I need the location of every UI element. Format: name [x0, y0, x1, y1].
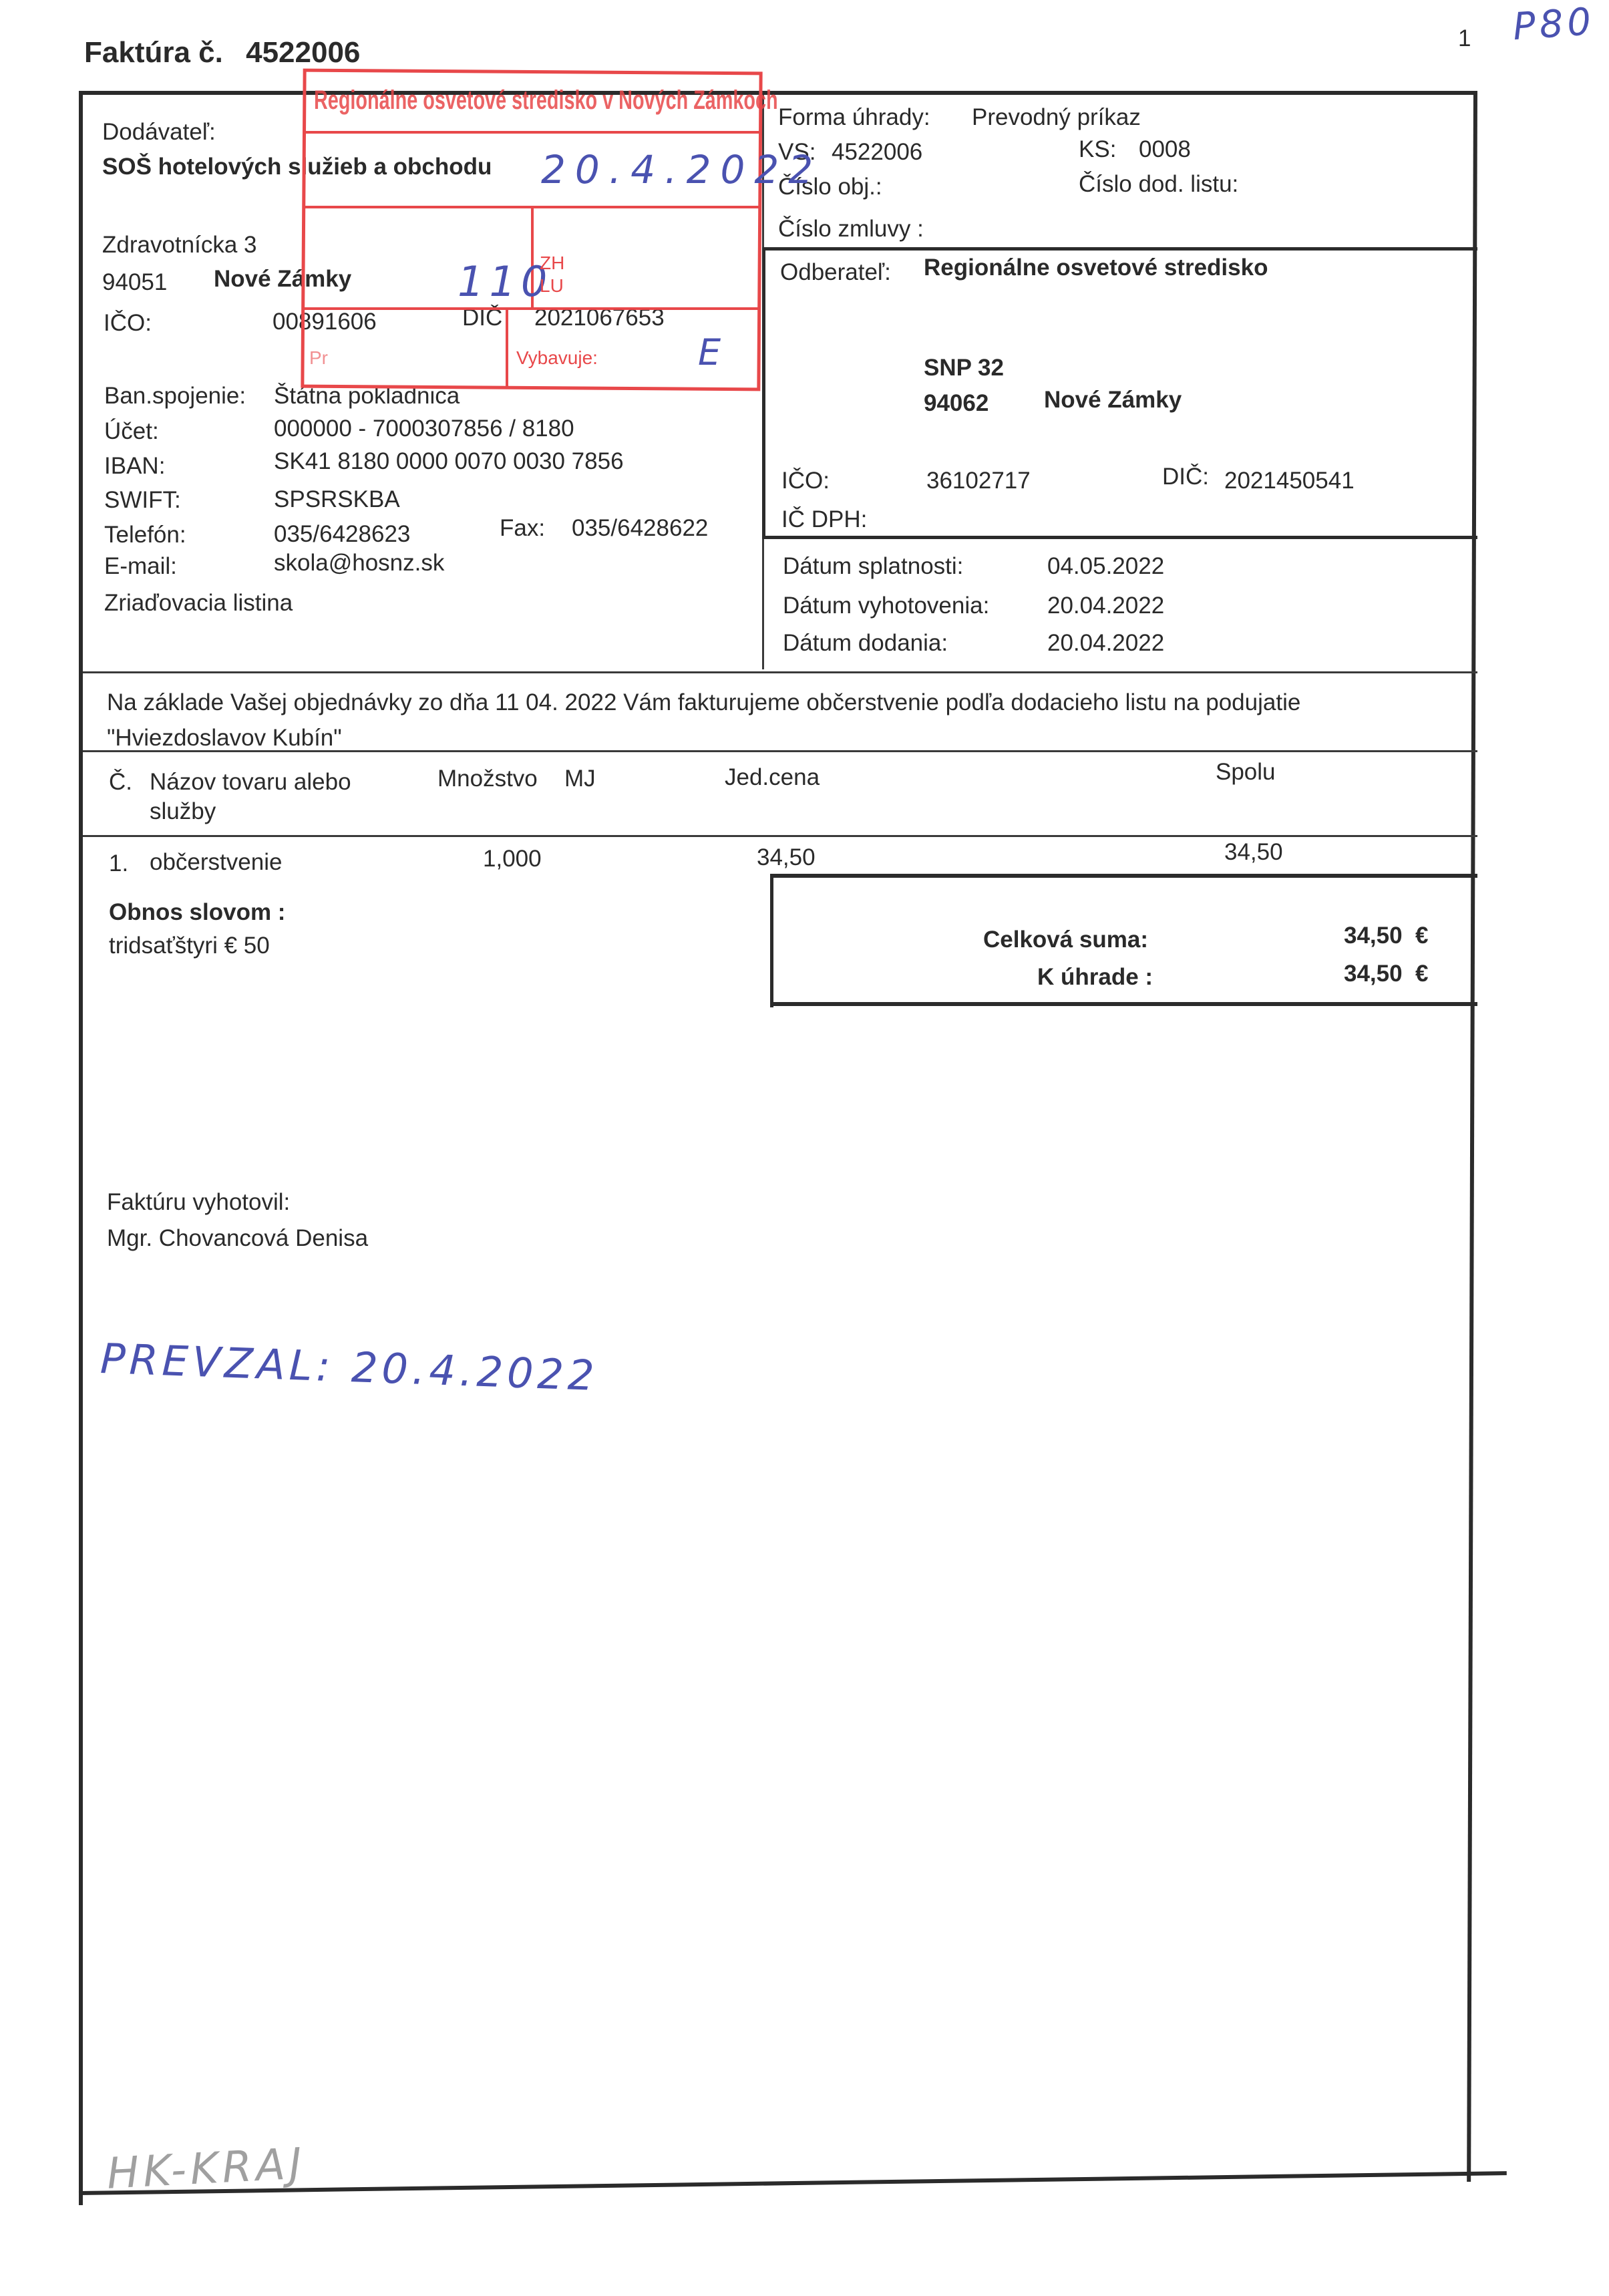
customer-city: Nové Zámky	[1044, 388, 1182, 412]
phone-label: Telefón:	[104, 523, 186, 546]
bank-label: Ban.spojenie:	[104, 384, 246, 407]
stamp-vertical-2	[506, 307, 508, 389]
stamp-handler-handwritten: E	[698, 331, 725, 373]
page-number: 1	[1458, 27, 1471, 50]
delivery-date-label: Dátum dodania:	[783, 631, 948, 655]
to-pay-label: K úhrade :	[1037, 965, 1153, 989]
email-value[interactable]: skola@hosnz.sk	[274, 551, 444, 575]
vs-value: 4522006	[832, 140, 922, 164]
row-unit-price: 34,50	[757, 846, 816, 869]
intro-text-line2: "Hviezdoslavov Kubín"	[107, 726, 342, 750]
row-no: 1.	[109, 852, 128, 875]
customer-name: Regionálne osvetové stredisko	[924, 256, 1268, 279]
supplier-ico-label: IČO:	[104, 311, 152, 335]
supplier-label: Dodávateľ:	[102, 120, 216, 144]
divider-table-rows	[83, 835, 1477, 837]
ks-value: 0008	[1139, 138, 1191, 161]
to-pay-value: 34,50 €	[1344, 962, 1429, 985]
stamp-prefix-label: Pr	[309, 347, 328, 369]
due-date-label: Dátum splatnosti:	[783, 554, 963, 578]
stamp-number-handwritten: 110	[458, 257, 552, 306]
ks-label: KS:	[1079, 138, 1116, 161]
supplier-postal-code: 94051	[102, 271, 167, 294]
stamp-date-handwritten: 20.4.2022	[541, 147, 822, 192]
stamp-code-line1: ZH	[540, 253, 564, 274]
customer-label: Odberateľ:	[780, 261, 891, 284]
col-header-unit-price: Jed.cena	[725, 766, 820, 789]
email-label: E-mail:	[104, 554, 177, 578]
customer-ico: 36102717	[926, 469, 1031, 492]
issued-by-label: Faktúru vyhotovil:	[107, 1190, 290, 1214]
col-header-total: Spolu	[1216, 760, 1276, 784]
swift-value: SPSRSKBA	[274, 488, 400, 511]
col-header-unit: MJ	[564, 767, 596, 790]
account-value: 000000 - 7000307856 / 8180	[274, 417, 574, 440]
fax-value: 035/6428622	[572, 516, 708, 540]
col-header-name: Názov tovaru alebo	[150, 770, 351, 794]
stamp-code-line2: LU	[540, 275, 564, 297]
totals-box-bottom	[770, 1002, 1477, 1006]
stamp-divider-1	[304, 131, 760, 134]
swift-label: SWIFT:	[104, 488, 181, 512]
frame-left	[79, 91, 83, 2205]
customer-ico-label: IČO:	[781, 469, 830, 492]
account-label: Účet:	[104, 420, 159, 443]
payment-method-label: Forma úhrady:	[778, 106, 930, 129]
customer-dic-label: DIČ:	[1162, 465, 1209, 488]
frame-top	[79, 91, 1477, 95]
totals-box-left	[770, 874, 773, 1007]
customer-street: SNP 32	[924, 356, 1004, 379]
totals-box-top	[770, 874, 1477, 878]
row-name: občerstvenie	[150, 850, 282, 874]
fax-label: Fax:	[500, 516, 545, 540]
issue-date-label: Dátum vyhotovenia:	[783, 594, 989, 617]
customer-box-top	[762, 247, 1477, 251]
due-date: 04.05.2022	[1047, 554, 1164, 578]
row-qty: 1,000	[483, 847, 542, 870]
amount-words-label: Obnos slovom :	[109, 900, 285, 924]
total-label: Celková suma:	[983, 928, 1148, 951]
col-header-qty: Množstvo	[437, 767, 538, 790]
stamp-handler-label: Vybavuje:	[516, 347, 598, 369]
founding-document: Zriaďovacia listina	[104, 591, 293, 615]
customer-box-left	[762, 247, 765, 539]
amount-words-value: tridsaťštyri € 50	[109, 934, 270, 957]
intro-text-line1: Na základe Vašej objednávky zo dňa 11 04…	[107, 691, 1300, 714]
supplier-street: Zdravotnícka 3	[102, 233, 257, 257]
iban-label: IBAN:	[104, 454, 165, 478]
issued-by-name: Mgr. Chovancová Denisa	[107, 1226, 368, 1250]
iban-value: SK41 8180 0000 0070 0030 7856	[274, 450, 624, 473]
total-value: 34,50 €	[1344, 924, 1429, 947]
contract-number-label: Číslo zmluvy :	[778, 217, 924, 240]
customer-dic: 2021450541	[1224, 469, 1355, 492]
col-header-name-2: služby	[150, 800, 216, 823]
invoice-title-label: Faktúra č.	[84, 36, 223, 69]
stamp-header: Regionálne osvetové stredisko v Nových Z…	[314, 86, 778, 116]
invoice-number: 4522006	[246, 36, 360, 69]
handwritten-region-note: HK-KRAJ	[106, 2139, 307, 2198]
invoice-title: Faktúra č. 4522006	[84, 36, 360, 69]
payment-method: Prevodný príkaz	[972, 106, 1141, 129]
divider-intro	[83, 671, 1477, 673]
col-header-no: Č.	[109, 770, 132, 794]
customer-postal-code: 94062	[924, 391, 989, 415]
row-total: 34,50	[1224, 840, 1283, 864]
issue-date: 20.04.2022	[1047, 594, 1164, 617]
delivery-date: 20.04.2022	[1047, 631, 1164, 655]
handwritten-page-mark: P80	[1511, 0, 1596, 49]
delivery-note-label: Číslo dod. listu:	[1079, 172, 1238, 196]
handwritten-received-note: PREVZAL: 20.4.2022	[100, 1334, 599, 1400]
customer-icdph-label: IČ DPH:	[781, 508, 867, 531]
customer-box-bottom	[762, 536, 1477, 539]
phone-value: 035/6428623	[274, 522, 410, 546]
frame-right	[1467, 91, 1477, 2182]
